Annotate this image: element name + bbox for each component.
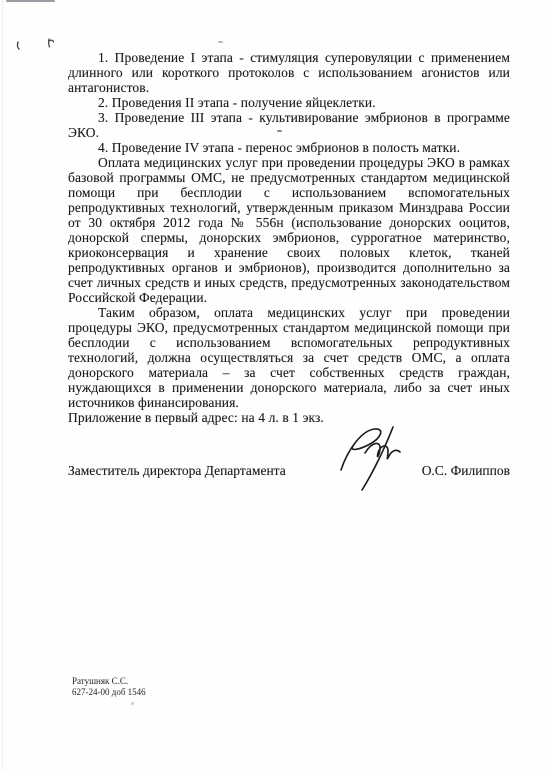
- executor-name: Ратушняк С.С.: [72, 676, 146, 687]
- signature-icon: [336, 423, 418, 497]
- executor-footer: Ратушняк С.С. 627-24-00 доб 1546: [72, 676, 146, 697]
- scanned-letter-page: 1. Проведение I этапа - стимуляция супер…: [0, 0, 548, 770]
- paragraph-conclusion: Таким образом, оплата медицинских услуг …: [68, 305, 510, 410]
- signer-name: О.С. Филиппов: [422, 463, 510, 478]
- scan-edge-line: [2, 0, 3, 770]
- paragraph-stage-1: 1. Проведение I этапа - стимуляция супер…: [68, 50, 510, 95]
- signature-block: Заместитель директора Департамента О.С. …: [68, 463, 510, 478]
- scan-speck: [218, 41, 223, 43]
- letter-body: 1. Проведение I этапа - стимуляция супер…: [68, 50, 510, 425]
- pen-mark: [45, 37, 57, 50]
- pen-mark: [14, 40, 24, 52]
- paragraph-payment-oms: Оплата медицинских услуг при проведении …: [68, 155, 510, 305]
- paragraph-stage-4: 4. Проведение IV этапа - перенос эмбрион…: [68, 140, 510, 155]
- attachment-note: Приложение в первый адрес: на 4 л. в 1 э…: [68, 410, 510, 425]
- scan-artifact-bar: [6, 0, 55, 2]
- paragraph-stage-3: 3. Проведение III этапа - культивировани…: [68, 110, 510, 140]
- paragraph-stage-2: 2. Проведения II этапа - получение яйцек…: [68, 95, 510, 110]
- signer-title: Заместитель директора Департамента: [68, 463, 286, 478]
- executor-phone: 627-24-00 доб 1546: [72, 687, 146, 698]
- scan-speck: [131, 702, 134, 705]
